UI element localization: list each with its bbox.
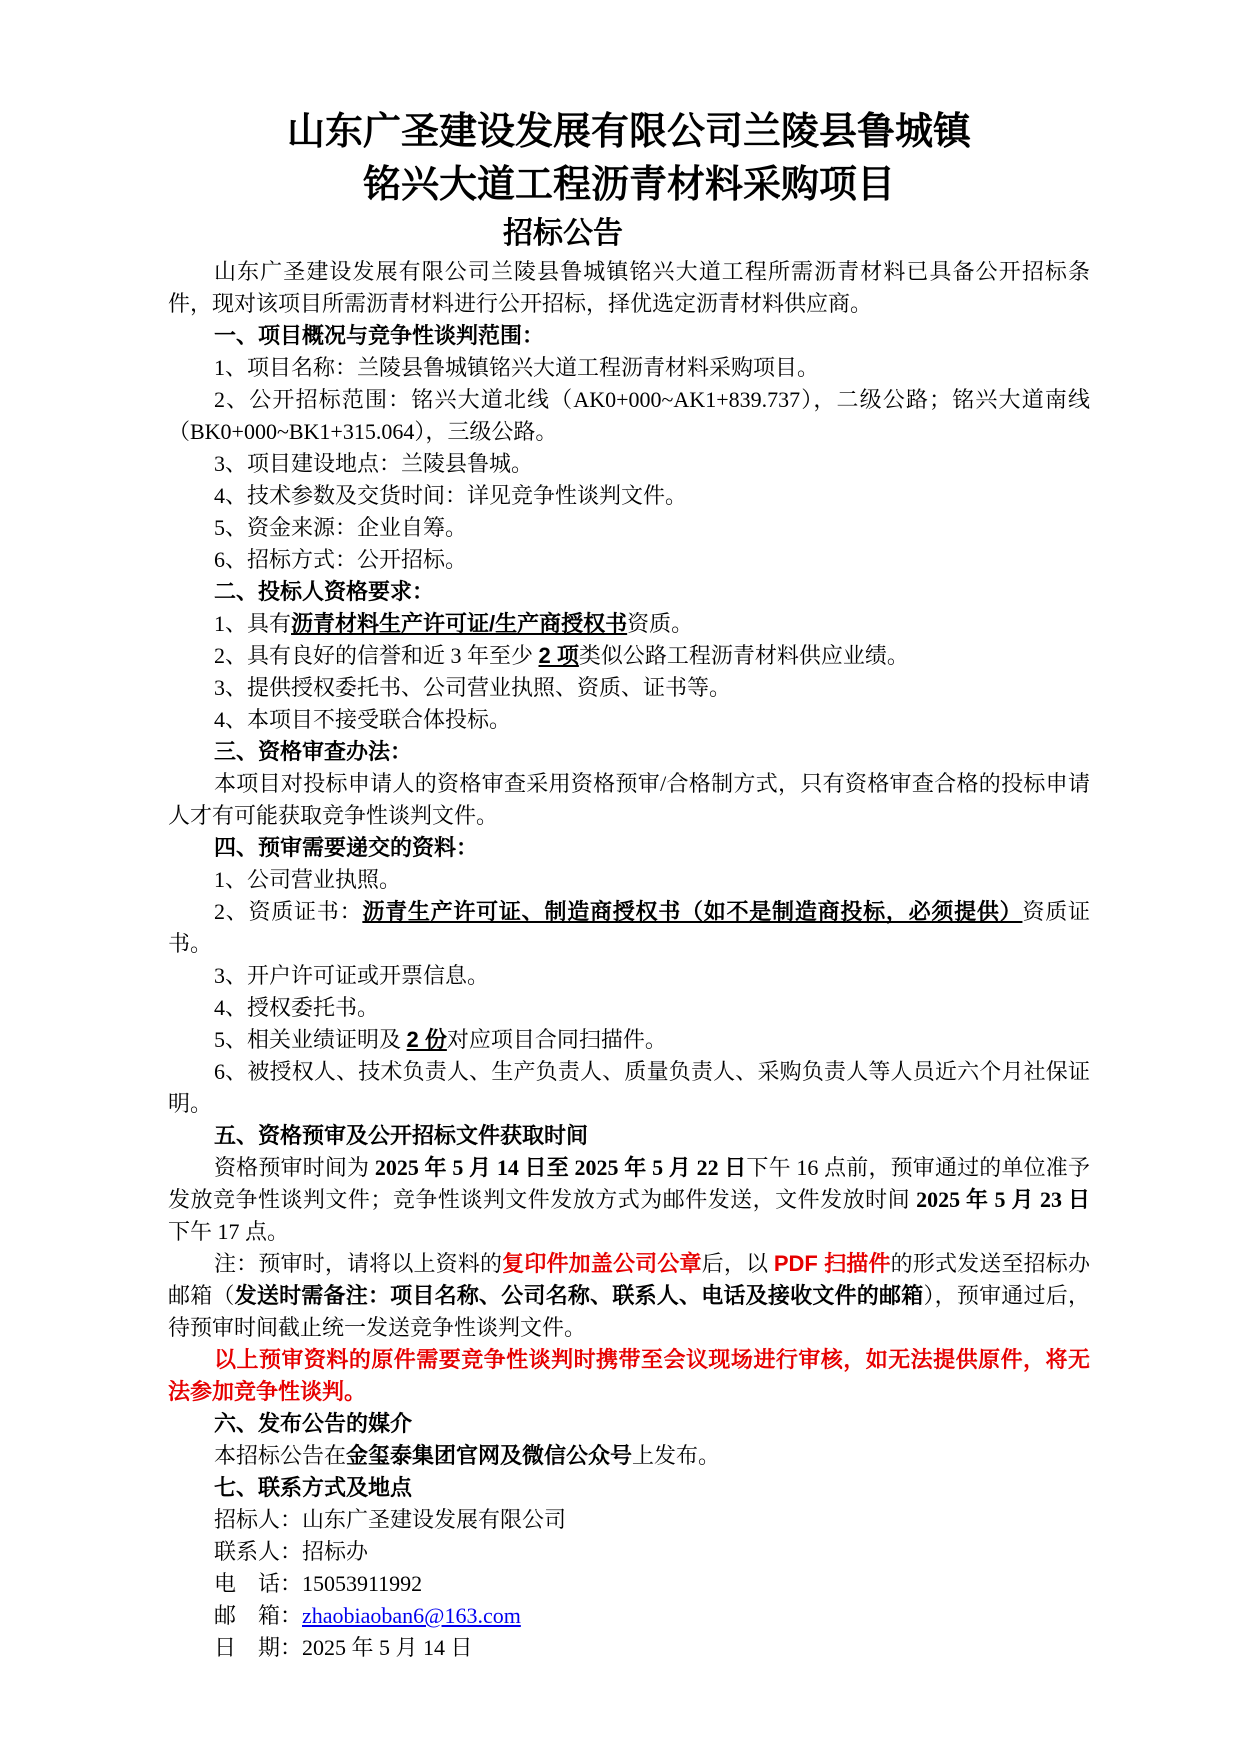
section-3-heading-text: 三、资格审查办法：: [214, 739, 412, 764]
section-2-item-2: 2、具有良好的信誉和近 3 年至少 2 项类似公路工程沥青材料供应业绩。: [168, 640, 1090, 672]
intro-paragraph: 山东广圣建设发展有限公司兰陵县鲁城镇铭兴大道工程所需沥青材料已具备公开招标条件，…: [168, 256, 1090, 320]
section-5-warning: 以上预审资料的原件需要竞争性谈判时携带至会议现场进行审核，如无法提供原件，将无法…: [168, 1344, 1090, 1408]
section-2-item-2-text: 类似公路工程沥青材料供应业绩。: [579, 643, 909, 668]
section-2-item-1: 1、具有沥青材料生产许可证/生产商授权书资质。: [168, 608, 1090, 640]
section-5-warning-text: 以上预审资料的原件需要竞争性谈判时携带至会议现场进行审核，如无法提供原件，将无法…: [168, 1347, 1090, 1404]
section-2-item-1-text: 1、具有: [214, 611, 291, 636]
section-5-note-text: 后，以: [702, 1251, 774, 1276]
section-2-item-2-text: 2 项: [539, 643, 579, 668]
section-2-item-1-text: 资质。: [627, 611, 693, 636]
section-7-heading-text: 七、联系方式及地点: [214, 1475, 412, 1500]
section-2-item-1-text: 沥青材料生产许可证/生产商授权书: [291, 611, 627, 636]
section-4-item-5-text: 5、相关业绩证明及: [214, 1027, 407, 1052]
section-1-item-3-text: 3、项目建设地点：兰陵县鲁城。: [214, 451, 533, 476]
section-3-paragraph: 本项目对投标申请人的资格审查采用资格预审/合格制方式，只有资格审查合格的投标申请…: [168, 768, 1090, 832]
doc-subtitle: 招标公告: [102, 212, 1024, 256]
doc-title-line-2: 铭兴大道工程沥青材料采购项目: [168, 159, 1090, 212]
section-2-item-2-text: 2、具有良好的信誉和近 3 年至少: [214, 643, 539, 668]
section-6-paragraph: 本招标公告在金玺泰集团官网及微信公众号上发布。: [168, 1440, 1090, 1472]
contact-email-text: 邮 箱：: [214, 1603, 302, 1628]
section-5-paragraph: 资格预审时间为 2025 年 5 月 14 日至 2025 年 5 月 22 日…: [168, 1152, 1090, 1248]
section-5-note: 注：预审时，请将以上资料的复印件加盖公司公章后，以 PDF 扫描件的形式发送至招…: [168, 1248, 1090, 1344]
section-4-item-2-text: 2、资质证书：: [214, 899, 362, 924]
section-3-paragraph-text: 本项目对投标申请人的资格审查采用资格预审/合格制方式，只有资格审查合格的投标申请…: [168, 771, 1090, 828]
section-1-item-3: 3、项目建设地点：兰陵县鲁城。: [168, 448, 1090, 480]
section-2-heading-text: 二、投标人资格要求：: [214, 579, 434, 604]
section-5-note-text: 复印件加盖公司公章: [502, 1251, 702, 1276]
section-4-item-5-text: 对应项目合同扫描件。: [447, 1027, 667, 1052]
section-1-item-4: 4、技术参数及交货时间：详见竞争性谈判文件。: [168, 480, 1090, 512]
section-5-note-text: 发送时需备注：项目名称、公司名称、联系人、电话及接收文件的邮箱: [235, 1283, 924, 1308]
section-6-paragraph-text: 金玺泰集团官网及微信公众号: [346, 1443, 632, 1468]
contact-bidder-text: 招标人：山东广圣建设发展有限公司: [214, 1507, 566, 1532]
section-7-heading: 七、联系方式及地点: [168, 1472, 1090, 1504]
section-1-item-6: 6、招标方式：公开招标。: [168, 544, 1090, 576]
section-4-item-5-text: 2 份: [407, 1027, 447, 1052]
section-4-item-1: 1、公司营业执照。: [168, 864, 1090, 896]
section-2-item-4-text: 4、本项目不接受联合体投标。: [214, 707, 511, 732]
section-4-item-4: 4、授权委托书。: [168, 992, 1090, 1024]
contact-person-text: 联系人：招标办: [214, 1539, 368, 1564]
contact-date-text: 日 期：2025 年 5 月 14 日: [214, 1635, 473, 1660]
section-5-note-text: 注：预审时，请将以上资料的: [214, 1251, 502, 1276]
section-4-heading: 四、预审需要递交的资料：: [168, 832, 1090, 864]
section-5-heading: 五、资格预审及公开招标文件获取时间: [168, 1120, 1090, 1152]
section-4-item-5: 5、相关业绩证明及 2 份对应项目合同扫描件。: [168, 1024, 1090, 1056]
contact-date: 日 期：2025 年 5 月 14 日: [168, 1632, 1090, 1664]
section-4-item-2-text: 沥青生产许可证、制造商授权书（如不是制造商投标，必须提供）: [362, 899, 1022, 924]
document-body: 山东广圣建设发展有限公司兰陵县鲁城镇铭兴大道工程所需沥青材料已具备公开招标条件，…: [168, 256, 1090, 1664]
section-1-item-4-text: 4、技术参数及交货时间：详见竞争性谈判文件。: [214, 483, 687, 508]
section-4-item-3: 3、开户许可证或开票信息。: [168, 960, 1090, 992]
section-6-heading-text: 六、发布公告的媒介: [214, 1411, 412, 1436]
section-4-item-2: 2、资质证书：沥青生产许可证、制造商授权书（如不是制造商投标，必须提供）资质证书…: [168, 896, 1090, 960]
section-2-item-4: 4、本项目不接受联合体投标。: [168, 704, 1090, 736]
section-2-item-3-text: 3、提供授权委托书、公司营业执照、资质、证书等。: [214, 675, 731, 700]
section-5-heading-text: 五、资格预审及公开招标文件获取时间: [214, 1123, 588, 1148]
section-2-item-3: 3、提供授权委托书、公司营业执照、资质、证书等。: [168, 672, 1090, 704]
section-1-heading: 一、项目概况与竞争性谈判范围：: [168, 320, 1090, 352]
section-4-item-6-text: 6、被授权人、技术负责人、生产负责人、质量负责人、采购负责人等人员近六个月社保证…: [168, 1059, 1090, 1116]
contact-email: 邮 箱：zhaobiaoban6@163.com: [168, 1600, 1090, 1632]
doc-title-line-1: 山东广圣建设发展有限公司兰陵县鲁城镇: [168, 106, 1090, 159]
section-1-item-2-text: 2、公开招标范围：铭兴大道北线（AK0+000~AK1+839.737），二级公…: [168, 387, 1090, 444]
section-4-item-3-text: 3、开户许可证或开票信息。: [214, 963, 489, 988]
section-4-item-1-text: 1、公司营业执照。: [214, 867, 401, 892]
section-1-item-6-text: 6、招标方式：公开招标。: [214, 547, 467, 572]
section-6-heading: 六、发布公告的媒介: [168, 1408, 1090, 1440]
section-5-paragraph-text: 2025 年 5 月 14 日至 2025 年 5 月 22 日: [375, 1155, 747, 1180]
email-link[interactable]: zhaobiaoban6@163.com: [302, 1603, 521, 1628]
intro-paragraph-text: 山东广圣建设发展有限公司兰陵县鲁城镇铭兴大道工程所需沥青材料已具备公开招标条件，…: [168, 259, 1090, 316]
section-3-heading: 三、资格审查办法：: [168, 736, 1090, 768]
document-page: 山东广圣建设发展有限公司兰陵县鲁城镇 铭兴大道工程沥青材料采购项目 招标公告 山…: [0, 0, 1240, 1753]
contact-phone: 电 话：15053911992: [168, 1568, 1090, 1600]
section-4-item-6: 6、被授权人、技术负责人、生产负责人、质量负责人、采购负责人等人员近六个月社保证…: [168, 1056, 1090, 1120]
section-6-paragraph-text: 本招标公告在: [214, 1443, 346, 1468]
section-6-paragraph-text: 上发布。: [632, 1443, 720, 1468]
contact-person: 联系人：招标办: [168, 1536, 1090, 1568]
section-1-item-5: 5、资金来源：企业自筹。: [168, 512, 1090, 544]
section-1-item-1: 1、项目名称：兰陵县鲁城镇铭兴大道工程沥青材料采购项目。: [168, 352, 1090, 384]
section-5-paragraph-text: 2025 年 5 月 23 日: [916, 1187, 1090, 1212]
section-2-heading: 二、投标人资格要求：: [168, 576, 1090, 608]
section-1-heading-text: 一、项目概况与竞争性谈判范围：: [214, 323, 544, 348]
section-1-item-5-text: 5、资金来源：企业自筹。: [214, 515, 467, 540]
section-5-paragraph-text: 下午 17 点。: [168, 1219, 289, 1244]
section-5-paragraph-text: 资格预审时间为: [214, 1155, 375, 1180]
section-4-item-4-text: 4、授权委托书。: [214, 995, 379, 1020]
section-1-item-1-text: 1、项目名称：兰陵县鲁城镇铭兴大道工程沥青材料采购项目。: [214, 355, 819, 380]
section-5-note-text: PDF 扫描件: [774, 1251, 891, 1276]
contact-phone-text: 电 话：15053911992: [214, 1571, 422, 1596]
section-4-heading-text: 四、预审需要递交的资料：: [214, 835, 478, 860]
section-1-item-2: 2、公开招标范围：铭兴大道北线（AK0+000~AK1+839.737），二级公…: [168, 384, 1090, 448]
contact-bidder: 招标人：山东广圣建设发展有限公司: [168, 1504, 1090, 1536]
